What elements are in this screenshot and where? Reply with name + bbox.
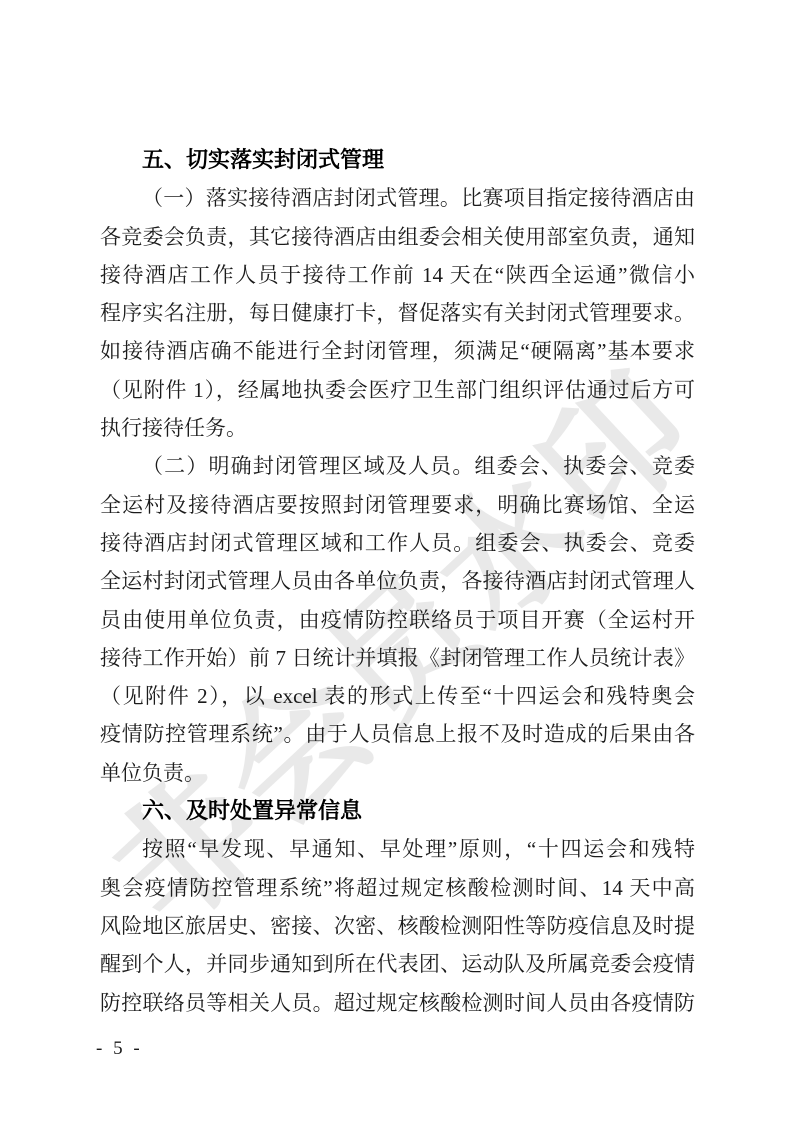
section-heading-6: 六、及时处置异常信息 — [100, 792, 695, 830]
paragraph-1-line: 如接待酒店确不能进行全封闭管理，须满足“硬隔离”基本要求 — [100, 332, 695, 370]
paragraph-1-line: 接待酒店工作人员于接待工作前 14 天在“陕西全运通”微信小 — [100, 256, 695, 294]
paragraph-2-line: （二）明确封闭管理区域及人员。组委会、执委会、竞委会、 — [100, 447, 695, 485]
paragraph-2-line: 接待酒店封闭式管理区域和工作人员。组委会、执委会、竞委会、 — [100, 524, 695, 562]
paragraph-2-line: 员由使用单位负责，由疫情防控联络员于项目开赛（全运村开村、 — [100, 601, 695, 639]
section-heading-5: 五、切实落实封闭式管理 — [100, 141, 695, 179]
paragraph-3-line: 防控联络员等相关人员。超过规定核酸检测时间人员由各疫情防 — [100, 984, 695, 1022]
paragraph-1-line: 执行接待任务。 — [100, 409, 695, 447]
paragraph-2-line: 疫情防控管理系统”。由于人员信息上报不及时造成的后果由各 — [100, 715, 695, 753]
paragraph-1-line: （一）落实接待酒店封闭式管理。比赛项目指定接待酒店由 — [100, 179, 695, 217]
paragraph-2-line: 全运村封闭式管理人员由各单位负责，各接待酒店封闭式管理人 — [100, 562, 695, 600]
page-number: - 5 - — [96, 1038, 143, 1060]
paragraph-3-line: 风险地区旅居史、密接、次密、核酸检测阳性等防疫信息及时提 — [100, 907, 695, 945]
paragraph-1-line: （见附件 1），经属地执委会医疗卫生部门组织评估通过后方可 — [100, 371, 695, 409]
document-body: 五、切实落实封闭式管理 （一）落实接待酒店封闭式管理。比赛项目指定接待酒店由 各… — [100, 141, 695, 1022]
paragraph-1-line: 程序实名注册，每日健康打卡，督促落实有关封闭式管理要求。 — [100, 294, 695, 332]
paragraph-2-line: 接待工作开始）前 7 日统计并填报《封闭管理工作人员统计表》 — [100, 639, 695, 677]
document-page: 非会员水印 五、切实落实封闭式管理 （一）落实接待酒店封闭式管理。比赛项目指定接… — [0, 0, 793, 1122]
paragraph-3-line: 按照“早发现、早通知、早处理”原则，“十四运会和残特 — [100, 830, 695, 868]
paragraph-3-line: 奥会疫情防控管理系统”将超过规定核酸检测时间、14 天中高 — [100, 869, 695, 907]
paragraph-1-line: 各竞委会负责，其它接待酒店由组委会相关使用部室负责，通知 — [100, 218, 695, 256]
paragraph-2-line: 单位负责。 — [100, 754, 695, 792]
paragraph-2-line: （见附件 2），以 excel 表的形式上传至“十四运会和残特奥会 — [100, 677, 695, 715]
paragraph-3-line: 醒到个人，并同步通知到所在代表团、运动队及所属竞委会疫情 — [100, 945, 695, 983]
paragraph-2-line: 全运村及接待酒店要按照封闭管理要求，明确比赛场馆、全运村、 — [100, 486, 695, 524]
